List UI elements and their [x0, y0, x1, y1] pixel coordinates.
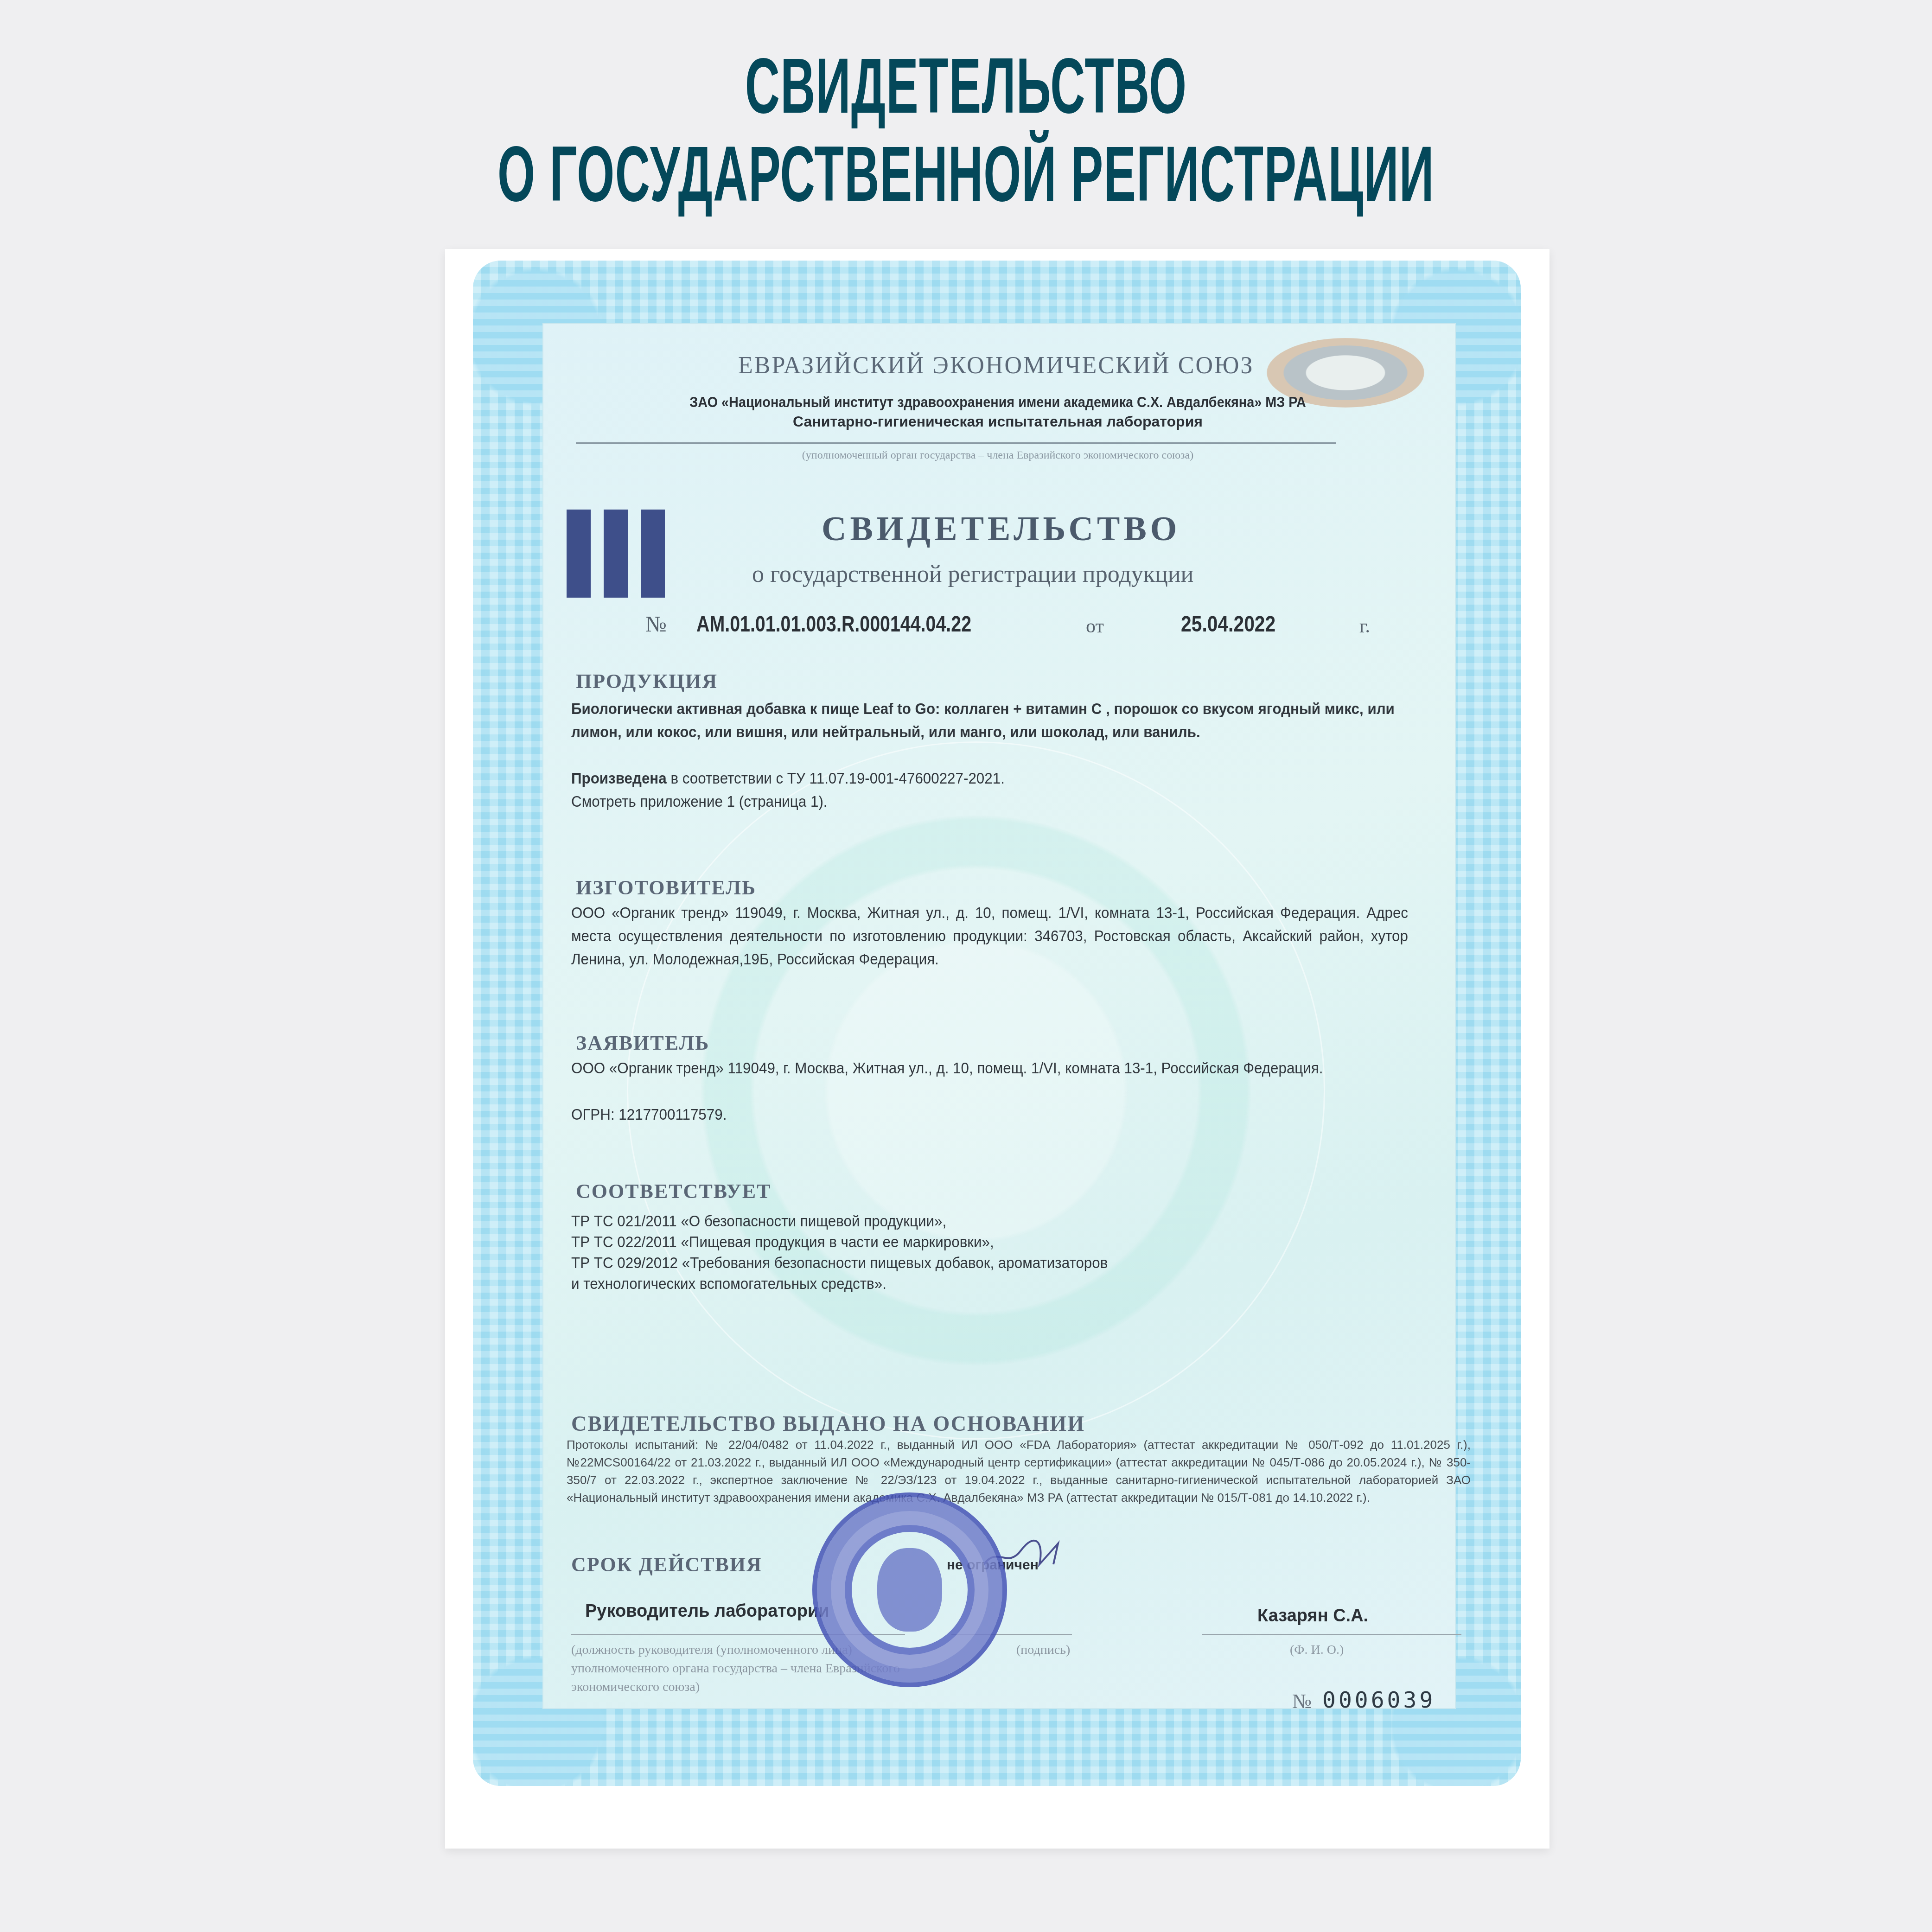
compliance-heading: СООТВЕТСТВУЕТ: [576, 1180, 772, 1203]
eac-logo-icon: [567, 510, 669, 598]
compliance-line: ТР ТС 021/2011 «О безопасности пищевой п…: [571, 1210, 1408, 1233]
page-title-line1: СВИДЕТЕЛЬСТВО: [367, 42, 1565, 130]
union-name: ЕВРАЗИЙСКИЙ ЭКОНОМИЧЕСКИЙ СОЮЗ: [738, 352, 1254, 379]
page-title-line2: О ГОСУДАРСТВЕННОЙ РЕГИСТРАЦИИ: [367, 130, 1565, 218]
applicant-heading: ЗАЯВИТЕЛЬ: [576, 1031, 709, 1055]
serial-label: №: [1292, 1690, 1312, 1713]
product-heading: ПРОДУКЦИЯ: [576, 670, 718, 693]
certificate-date: 25.04.2022: [1181, 612, 1275, 637]
date-prefix: от: [1086, 615, 1104, 638]
laboratory-name: Санитарно-гигиеническая испытательная ла…: [627, 413, 1369, 430]
manufacturer-text: ООО «Органик тренд» 119049, г. Москва, Ж…: [571, 901, 1408, 971]
name-line: [1202, 1634, 1461, 1635]
page-title: СВИДЕТЕЛЬСТВО О ГОСУДАРСТВЕННОЙ РЕГИСТРА…: [367, 42, 1565, 218]
number-label: №: [645, 612, 667, 637]
coat-of-arms-icon: [877, 1548, 942, 1632]
product-produced: Произведена в соответствии с ТУ 11.07.19…: [571, 767, 1408, 790]
date-suffix: г.: [1359, 615, 1370, 638]
applicant-text: ООО «Органик тренд» 119049, г. Москва, Ж…: [571, 1057, 1408, 1080]
certificate-body: ЕВРАЗИЙСКИЙ ЭКОНОМИЧЕСКИЙ СОЮЗ ЗАО «Наци…: [542, 323, 1456, 1709]
signatory-position: Руководитель лаборатории: [585, 1601, 829, 1621]
certificate-title: СВИДЕТЕЛЬСТВО: [822, 510, 1180, 549]
serial-number: 0006039: [1322, 1687, 1435, 1713]
certificate-subtitle: о государственной регистрации продукции: [752, 561, 1193, 588]
manufacturer-heading: ИЗГОТОВИТЕЛЬ: [576, 876, 756, 899]
compliance-line: и технологических вспомогательных средст…: [571, 1272, 1408, 1295]
certificate-number: AM.01.01.01.003.R.000144.04.22: [696, 612, 971, 637]
compliance-line: ТР ТС 022/2011 «Пищевая продукция в част…: [571, 1231, 1408, 1254]
name-caption: (Ф. И. О.): [1290, 1641, 1344, 1659]
signatory-name: Казарян С.А.: [1257, 1606, 1368, 1626]
institute-name: ЗАО «Национальный институт здравоохранен…: [664, 394, 1332, 411]
basis-heading: СВИДЕТЕЛЬСТВО ВЫДАНО НА ОСНОВАНИИ: [571, 1411, 1085, 1436]
see-appendix: Смотреть приложение 1 (страница 1).: [571, 790, 1408, 813]
certificate-sheet: ЕВРАЗИЙСКИЙ ЭКОНОМИЧЕСКИЙ СОЮЗ ЗАО «Наци…: [445, 249, 1549, 1849]
signature-caption: (подпись): [1016, 1641, 1070, 1659]
produced-text: в соответствии с ТУ 11.07.19-001-4760022…: [667, 770, 1005, 787]
official-stamp-icon: [812, 1492, 1007, 1687]
basis-text: Протоколы испытаний: № 22/04/0482 от 11.…: [567, 1436, 1471, 1506]
validity-heading: СРОК ДЕЙСТВИЯ: [571, 1553, 762, 1576]
header-divider: [576, 442, 1336, 444]
watermark-rosette: [627, 741, 1325, 1440]
compliance-line: ТР ТС 029/2012 «Требования безопасности …: [571, 1251, 1408, 1275]
product-description: Биологически активная добавка к пище Lea…: [571, 697, 1408, 744]
authorized-body-caption: (уполномоченный орган государства – член…: [627, 449, 1369, 462]
applicant-ogrn: ОГРН: 1217700117579.: [571, 1103, 1408, 1126]
produced-label: Произведена: [571, 770, 667, 787]
